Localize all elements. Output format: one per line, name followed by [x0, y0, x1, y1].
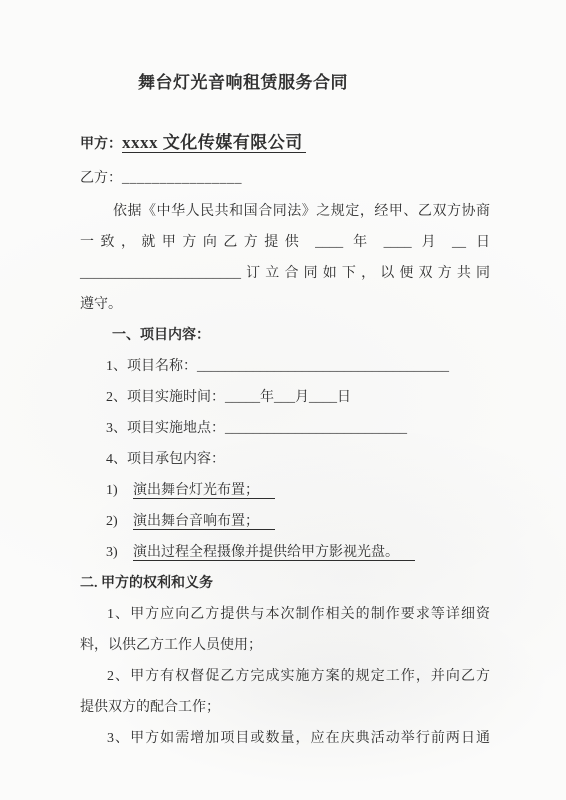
subitem-lighting: 1)演出舞台灯光布置； [106, 475, 490, 506]
section2-line-4: 提供双方的配合工作； [80, 692, 490, 723]
subitem-sound: 2)演出舞台音响布置； [106, 506, 490, 537]
section2-line-1: 1、甲方应向乙方提供与本次制作相关的制作要求等详细资 [80, 599, 490, 630]
parties-block: 甲方：xxxx 文化传媒有限公司 乙方：________________ [80, 126, 490, 196]
document-title: 舞台灯光音响租赁服务合同 [138, 70, 490, 96]
subitem-video: 3)演出过程全程摄像并提供给甲方影视光盘。 [106, 537, 490, 568]
subitem-sound-text: 演出舞台音响布置； [133, 514, 275, 530]
preamble-line-2: 一致，就甲方向乙方提供 ____ 年 ____ 月 __ 日 [80, 227, 490, 258]
contract-content: 舞台灯光音响租赁服务合同 甲方：xxxx 文化传媒有限公司 乙方：_______… [0, 0, 566, 754]
item-project-location: 3、项目实施地点：__________________________ [106, 413, 490, 444]
section2-line-2: 料，以供乙方工作人员使用； [80, 630, 490, 661]
subitem-lighting-text: 演出舞台灯光布置； [133, 483, 275, 499]
party-a-label: 甲方： [80, 137, 122, 152]
contract-body: 依据《中华人民共和国合同法》之规定，经甲、乙双方协商 一致，就甲方向乙方提供 _… [80, 196, 490, 754]
section2-line-5: 3、甲方如需增加项目或数量，应在庆典活动举行前两日通 [80, 723, 490, 754]
section1-heading: 一、项目内容： [112, 320, 490, 351]
party-b-line: 乙方：________________ [80, 162, 490, 196]
party-b-label: 乙方： [80, 171, 122, 186]
party-a-value: xxxx 文化传媒有限公司 [122, 133, 306, 153]
preamble-line-3: _______________________订立合同如下，以便双方共同 [80, 258, 490, 289]
item-project-name: 1、项目名称：_________________________________… [106, 351, 490, 382]
item-project-time: 2、项目实施时间：_____年___月____日 [106, 382, 490, 413]
contract-page: 舞台灯光音响租赁服务合同 甲方：xxxx 文化传媒有限公司 乙方：_______… [0, 0, 566, 800]
party-a-line: 甲方：xxxx 文化传媒有限公司 [80, 126, 490, 162]
party-b-blank: ________________ [122, 171, 242, 186]
subitem-sound-num: 2) [106, 506, 133, 537]
subitem-lighting-num: 1) [106, 475, 133, 506]
item-project-scope: 4、项目承包内容： [106, 444, 490, 475]
preamble-line-4: 遵守。 [80, 289, 490, 320]
subitem-video-num: 3) [106, 537, 133, 568]
subitem-video-text: 演出过程全程摄像并提供给甲方影视光盘。 [133, 545, 415, 561]
section2-line-3: 2、甲方有权督促乙方完成实施方案的规定工作，并向乙方 [80, 661, 490, 692]
preamble-line-1: 依据《中华人民共和国合同法》之规定，经甲、乙双方协商 [80, 196, 490, 227]
section2-heading: 二. 甲方的权利和义务 [80, 568, 490, 599]
